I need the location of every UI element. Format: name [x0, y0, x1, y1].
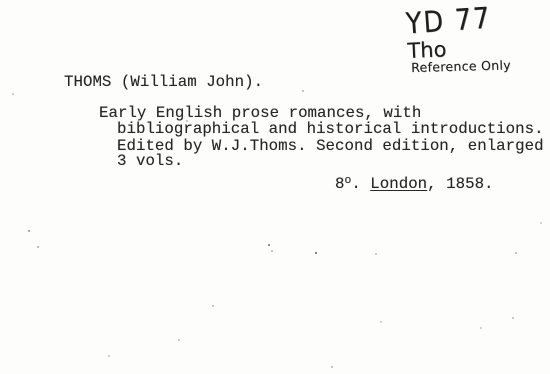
catalog-card: YD 77 Tho Reference Only THOMS (William …	[0, 0, 550, 374]
title-line-4: 3 vols.	[117, 154, 183, 170]
imprint-date: , 1858.	[427, 175, 493, 193]
imprint-place: London	[370, 175, 427, 193]
handwritten-reference-only-note: Reference Only	[411, 59, 511, 74]
handwritten-shelfmark: YD 77	[405, 4, 492, 39]
imprint-line: 8o. London, 1858.	[335, 177, 494, 193]
format-superscript: o	[344, 175, 351, 187]
scan-noise-specks	[28, 230, 30, 232]
title-line-2: bibliographical and historical introduct…	[117, 122, 544, 138]
author-heading: THOMS (William John).	[64, 75, 263, 91]
format-period: .	[351, 175, 370, 193]
